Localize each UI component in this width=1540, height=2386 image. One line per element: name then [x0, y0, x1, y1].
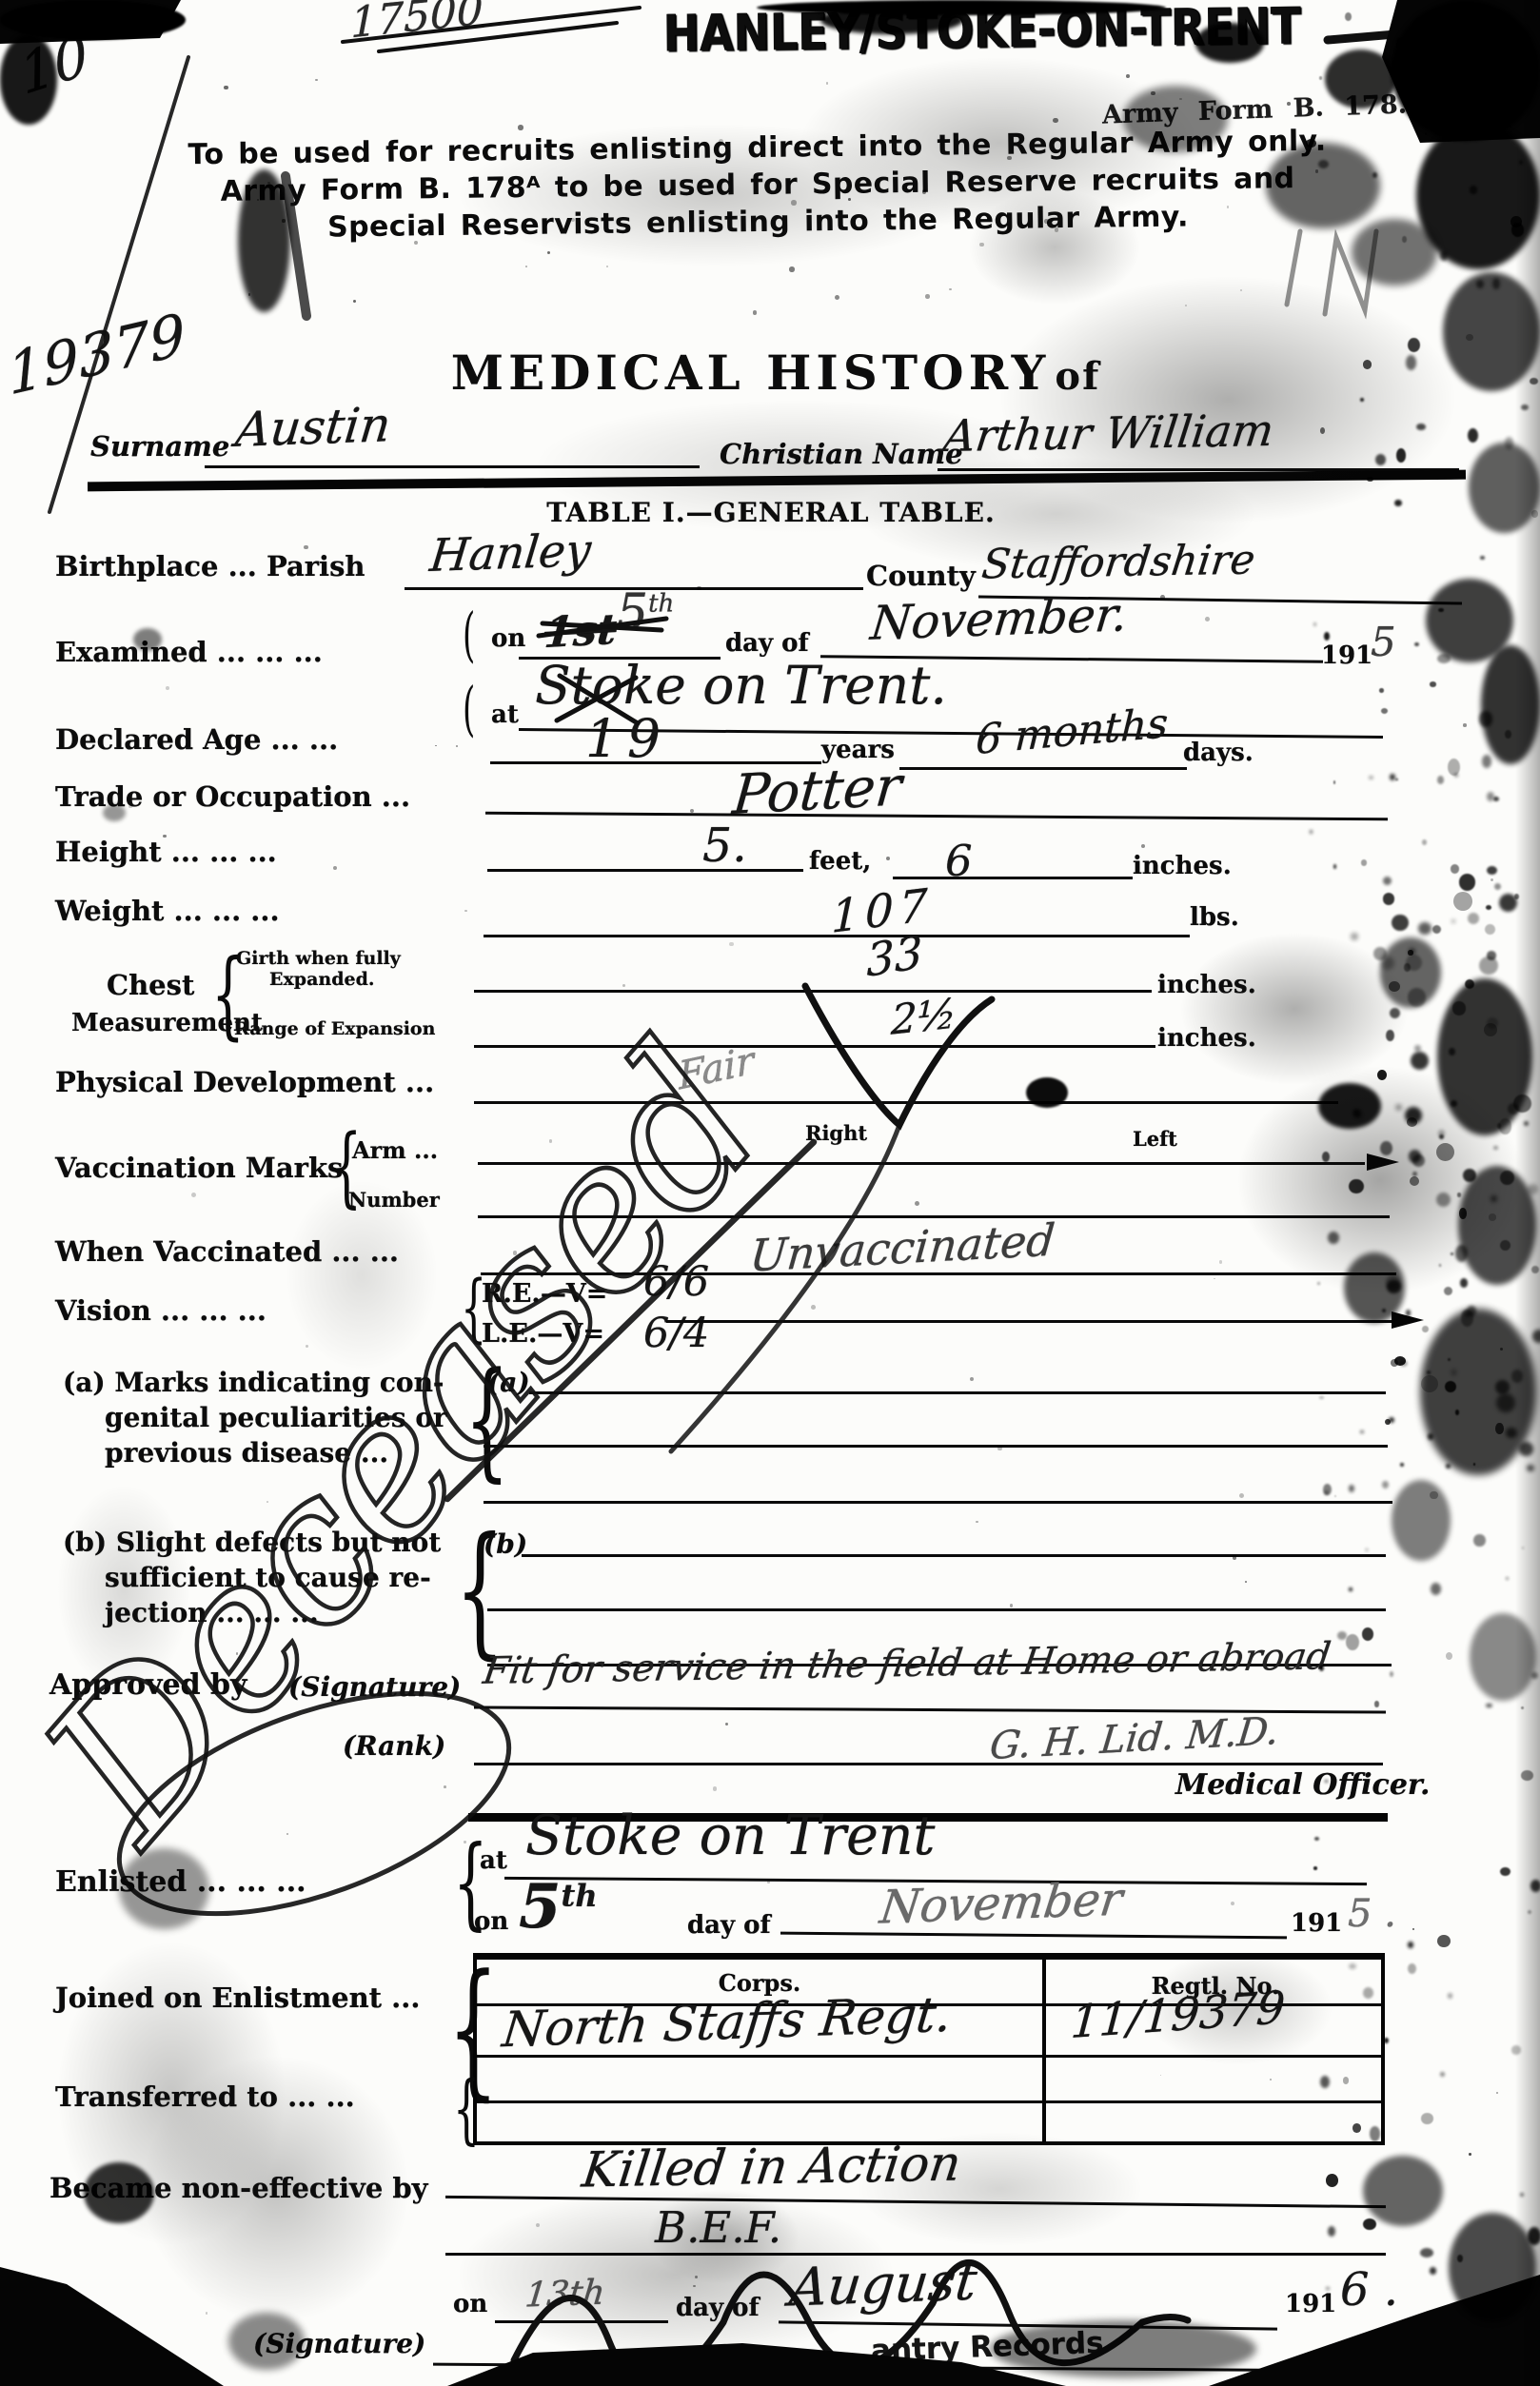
approved-remark-value: Fit for service in the field at Home or …	[481, 1635, 1333, 1693]
ink-speck	[1505, 437, 1513, 449]
ink-speck	[1420, 2248, 1433, 2258]
ink-speck	[1205, 617, 1210, 621]
ink-speck	[1325, 49, 1396, 108]
ink-speck	[1473, 1463, 1475, 1466]
ink-speck	[1231, 1902, 1234, 1905]
ink-speck	[1463, 1169, 1476, 1182]
ink-speck	[1313, 1866, 1317, 1869]
toner-smudge	[647, 2189, 800, 2284]
ink-speck	[1315, 169, 1318, 172]
ink-speck	[997, 1447, 1001, 1450]
ink-speck	[925, 294, 930, 299]
marks-a-line1: (a) Marks indicating con-	[63, 1367, 444, 1398]
ink-speck	[1010, 1604, 1014, 1607]
ink-speck	[606, 266, 608, 267]
ink-speck	[119, 1848, 209, 1929]
ink-speck	[1392, 1480, 1451, 1561]
ink-speck	[1487, 866, 1497, 875]
ink-speck	[1519, 1442, 1533, 1456]
ink-speck	[1337, 1631, 1347, 1640]
enlisted-day-suffix: th	[562, 1878, 598, 1914]
ink-speck	[306, 1345, 308, 1348]
ink-speck	[1491, 878, 1493, 881]
ink-speck	[1349, 1485, 1354, 1492]
ink-speck	[1409, 1150, 1421, 1162]
ink-speck	[820, 6, 963, 34]
ink-speck	[133, 628, 162, 651]
ink-speck	[1436, 1143, 1454, 1161]
declared-age-label: Declared Age ... ...	[55, 723, 338, 756]
corps-row-line-2	[477, 2100, 1381, 2103]
ink-speck	[1431, 1583, 1441, 1595]
ink-speck	[1394, 500, 1402, 507]
ink-speck	[789, 266, 795, 272]
ink-speck	[1239, 1493, 1244, 1498]
ink-speck	[1448, 759, 1460, 776]
ink-speck	[1437, 1935, 1451, 1948]
ink-speck	[922, 189, 927, 194]
ink-speck	[1349, 1587, 1352, 1592]
ink-speck	[1409, 948, 1415, 955]
toner-smudge	[857, 2132, 1142, 2246]
ink-speck	[1405, 1107, 1422, 1124]
ink-speck	[1505, 730, 1511, 739]
ink-speck	[1389, 981, 1400, 992]
ink-speck	[1438, 608, 1443, 612]
county-label: County	[866, 560, 976, 592]
ink-speck	[1389, 1417, 1395, 1424]
weight-unit-label: lbs.	[1190, 903, 1239, 932]
ink-speck	[725, 1723, 728, 1725]
ink-speck	[1391, 1359, 1398, 1367]
ink-speck	[1392, 915, 1408, 931]
examined-year-value: 5	[1371, 619, 1396, 665]
ink-speck	[1406, 955, 1422, 971]
ink-speck	[1491, 1195, 1497, 1202]
toner-smudge	[857, 457, 1256, 571]
ink-speck	[1465, 979, 1474, 989]
enlisted-day-of-label: day of	[687, 1911, 771, 1940]
ink-speck	[1470, 186, 1476, 194]
examined-day-of-label: day of	[725, 629, 809, 658]
ink-speck	[1380, 1141, 1392, 1155]
ink-speck	[1414, 642, 1419, 646]
ink-speck	[1345, 12, 1352, 21]
ink-speck	[1469, 443, 1540, 533]
ink-speck	[1306, 139, 1316, 148]
ink-speck	[1406, 1310, 1411, 1316]
ink-speck	[1453, 892, 1472, 911]
ink-speck	[1460, 1278, 1468, 1287]
chest-range-label: Range of Expansion	[234, 1018, 435, 1039]
declared-age-years-value: 19	[585, 708, 669, 769]
ink-speck	[970, 1377, 974, 1381]
ink-speck	[1513, 1094, 1531, 1113]
ink-speck	[353, 300, 356, 303]
chest-girth-label-line2: Expanded.	[269, 969, 375, 990]
ink-speck	[1438, 1130, 1446, 1137]
examined-day-value: 5th	[617, 584, 674, 641]
examined-label: Examined ... ... ...	[55, 636, 323, 668]
ink-speck	[103, 804, 126, 821]
ink-speck	[1495, 1380, 1510, 1394]
ink-speck	[1489, 1213, 1497, 1220]
ink-speck	[1396, 448, 1406, 463]
ink-speck	[695, 2276, 698, 2278]
ink-speck	[1382, 1481, 1389, 1489]
pen-serial-number: 17500	[350, 0, 483, 48]
ink-speck	[1469, 2153, 1471, 2156]
ink-speck	[1319, 76, 1322, 79]
ink-speck	[1499, 1118, 1511, 1134]
ink-speck	[1521, 1770, 1533, 1781]
ink-speck	[1496, 2092, 1498, 2095]
corps-header: Corps.	[477, 1969, 1042, 1997]
ink-speck	[1400, 1463, 1404, 1467]
enlisted-year-prefix: 191	[1291, 1909, 1342, 1938]
enlisted-year-value: 5 .	[1348, 1892, 1396, 1936]
chest-girth-value: 33	[866, 926, 923, 988]
ink-speck	[1310, 830, 1313, 834]
ink-speck	[1437, 654, 1450, 663]
ink-speck	[1452, 1001, 1466, 1015]
ink-speck	[1240, 289, 1242, 291]
ink-speck	[435, 745, 437, 747]
transferred-brace: {	[453, 2071, 480, 2147]
ink-speck	[1334, 1495, 1336, 1497]
ink-speck	[1323, 1484, 1332, 1495]
ink-speck	[1382, 1309, 1386, 1312]
height-inches-label: inches.	[1133, 852, 1232, 880]
ink-speck	[1386, 1275, 1401, 1291]
ink-speck	[811, 1305, 816, 1310]
non-effective-year-prefix: 191	[1285, 2290, 1336, 2318]
examined-year-prefix: 191	[1321, 641, 1372, 670]
medical-officer-label: Medical Officer.	[1175, 1768, 1430, 1802]
ink-speck	[1266, 143, 1380, 228]
enlisted-month-value: November	[878, 1872, 1126, 1934]
ink-speck	[1326, 2174, 1338, 2187]
ink-speck	[1408, 1942, 1413, 1948]
ink-speck	[915, 1201, 919, 1206]
ink-speck	[1326, 2287, 1330, 2290]
non-effective-year-value: 6 .	[1340, 2263, 1398, 2317]
ink-speck	[1314, 1837, 1319, 1841]
ink-speck	[1479, 956, 1497, 975]
ink-speck	[1430, 1491, 1437, 1500]
ink-speck	[1322, 1152, 1330, 1162]
ink-speck	[1528, 1910, 1531, 1914]
ink-speck	[1411, 1052, 1429, 1070]
ink-speck	[1492, 278, 1500, 289]
ink-speck	[513, 1251, 518, 1255]
when-vaccinated-value: Unvaccinated	[748, 1213, 1057, 1281]
ink-speck	[1377, 1070, 1387, 1080]
vision-right-eye-value: 6/6	[643, 1258, 709, 1306]
ink-speck	[1486, 1704, 1492, 1708]
ink-speck	[1333, 864, 1336, 868]
ink-speck	[835, 295, 839, 300]
ink-speck	[1531, 1266, 1539, 1273]
ink-speck	[826, 82, 829, 85]
ink-speck	[1313, 622, 1316, 626]
ink-speck	[1361, 859, 1367, 865]
ink-speck	[1320, 427, 1325, 434]
ink-speck	[1317, 1282, 1319, 1285]
ink-speck	[1528, 2227, 1540, 2245]
ink-speck	[456, 745, 458, 747]
height-feet-label: feet,	[809, 847, 871, 876]
vaccination-arm-label: Arm ...	[352, 1136, 438, 1164]
ink-speck	[1366, 1548, 1369, 1551]
ink-speck	[1395, 779, 1397, 780]
ink-speck	[1451, 1370, 1457, 1375]
ink-speck	[1451, 919, 1455, 923]
physical-development-label: Physical Development ...	[55, 1066, 434, 1098]
ink-speck	[1408, 1963, 1416, 1974]
ink-speck	[1392, 0, 1540, 141]
ink-speck	[949, 288, 951, 290]
examined-day-struck-value: 1st	[543, 605, 619, 658]
rank-signature-value: G. H. Lid. M.D.	[988, 1709, 1281, 1768]
toner-smudge	[1142, 1951, 1333, 2065]
surname-label: Surname	[90, 430, 229, 463]
ink-speck	[206, 2312, 208, 2315]
ink-speck	[128, 805, 131, 808]
declared-age-months-value: 6 months	[975, 700, 1169, 764]
ink-speck	[713, 1786, 718, 1791]
ink-speck	[1414, 1045, 1421, 1052]
ink-speck	[1482, 755, 1491, 768]
ink-speck	[1333, 780, 1336, 783]
ink-speck	[1360, 398, 1364, 402]
ink-speck	[1411, 105, 1423, 119]
ink-speck	[315, 79, 317, 81]
examined-at-paren: (	[463, 680, 475, 739]
ink-speck	[1495, 1423, 1503, 1434]
ink-speck	[414, 241, 418, 245]
enlisted-on-label: on	[474, 1907, 508, 1936]
ink-speck	[1521, 1706, 1524, 1709]
ink-speck	[1026, 1077, 1068, 1108]
ink-speck	[1352, 2123, 1361, 2133]
ink-speck	[1527, 1465, 1534, 1472]
ink-speck	[1511, 1370, 1523, 1383]
vaccination-marks-label: Vaccination Marks	[55, 1152, 343, 1184]
ink-speck	[1444, 1287, 1452, 1296]
ink-speck	[1126, 74, 1130, 78]
ink-speck	[166, 686, 169, 690]
ink-speck	[1418, 922, 1431, 935]
ink-speck	[1522, 1547, 1524, 1549]
toner-smudge	[143, 2056, 409, 2322]
ink-speck	[286, 1833, 288, 1835]
examined-month-value: November.	[868, 587, 1130, 651]
ink-speck	[1451, 864, 1459, 873]
ink-speck	[1468, 428, 1478, 443]
ink-speck	[729, 942, 734, 947]
ink-speck	[1399, 1360, 1408, 1368]
ink-speck	[1480, 556, 1484, 560]
ink-speck	[1363, 2156, 1443, 2226]
ink-speck	[1499, 894, 1517, 912]
ink-speck	[1430, 681, 1436, 687]
ink-speck	[1459, 874, 1476, 891]
surname-value: Austin	[233, 397, 393, 458]
vision-label: Vision ... ... ...	[55, 1294, 267, 1327]
ink-speck	[1446, 1464, 1451, 1469]
ink-speck	[1319, 1665, 1324, 1671]
ink-speck	[304, 545, 308, 550]
ink-speck	[1369, 776, 1373, 779]
marks-a-line2: genital peculiarities or	[105, 1402, 447, 1433]
toner-smudge	[1237, 1066, 1523, 1294]
toner-smudge	[57, 1485, 190, 1694]
ink-speck	[1233, 1555, 1237, 1560]
ink-speck	[1346, 1634, 1359, 1650]
birthplace-label: Birthplace ... Parish	[55, 550, 365, 582]
ink-speck	[282, 219, 286, 223]
ink-speck	[1363, 360, 1372, 369]
ink-speck	[1486, 905, 1491, 910]
ink-speck	[1530, 1880, 1540, 1892]
ink-speck	[1449, 2213, 1536, 2322]
ink-speck	[1328, 1232, 1339, 1245]
chest-range-value: 2½	[890, 990, 957, 1045]
ink-speck	[1379, 688, 1384, 693]
rank-label: (Rank)	[343, 1730, 445, 1762]
ink-speck	[1381, 708, 1388, 714]
ink-speck	[1395, 1104, 1402, 1111]
ink-speck	[1436, 37, 1443, 46]
birthplace-parish-value: Hanley	[427, 524, 593, 582]
ink-speck	[1493, 1146, 1497, 1150]
ink-speck	[976, 1521, 978, 1524]
ink-speck	[1428, 1433, 1434, 1440]
ink-speck	[1532, 1330, 1540, 1343]
ink-speck	[1459, 1208, 1467, 1219]
ink-speck	[1219, 1260, 1222, 1263]
medical-history-form-page: HANLEY/STOKE-ON-TRENT 17500 10 Army Form…	[0, 0, 1540, 2386]
ink-speck	[1408, 988, 1427, 1007]
ink-speck	[525, 266, 527, 267]
ink-speck	[549, 1139, 553, 1143]
ink-speck	[1362, 1627, 1374, 1641]
ink-speck	[1481, 645, 1540, 764]
ink-speck	[1414, 19, 1426, 35]
ink-speck	[0, 34, 57, 125]
examined-at-label: at	[491, 700, 519, 729]
ink-speck	[464, 910, 467, 913]
ink-speck	[1351, 933, 1358, 940]
ink-speck	[1500, 1171, 1514, 1185]
ink-speck	[1343, 2077, 1350, 2084]
examined-on-paren: (	[463, 605, 475, 664]
ink-speck	[1412, 1928, 1414, 1930]
ink-speck	[1328, 2226, 1336, 2237]
ink-speck	[1494, 883, 1501, 890]
ink-speck	[1500, 1867, 1510, 1877]
weight-label: Weight ... ... ...	[55, 895, 280, 927]
ink-speck	[1457, 1193, 1461, 1197]
ink-speck	[1468, 913, 1479, 924]
ink-speck	[236, 1652, 239, 1655]
chest-label-line1: Chest	[107, 969, 194, 1001]
ink-speck	[1357, 1114, 1362, 1118]
ink-speck	[767, 1881, 770, 1883]
ink-speck	[1055, 227, 1059, 232]
ink-speck	[238, 169, 290, 312]
vaccination-right-label: Right	[805, 1121, 867, 1145]
ink-speck	[757, 0, 1166, 15]
ink-speck	[1463, 723, 1467, 726]
vaccination-left-label: Left	[1133, 1127, 1177, 1151]
ink-speck	[791, 200, 797, 206]
ink-speck	[1384, 2038, 1388, 2043]
ink-speck	[1151, 91, 1155, 95]
ink-speck	[1500, 1348, 1503, 1351]
vision-left-eye-value: 6/4	[643, 1310, 709, 1357]
enlisted-day-value: 5th	[519, 1871, 598, 1942]
examined-day-number: 5	[617, 584, 648, 641]
ink-speck	[1448, 1993, 1452, 1999]
ink-speck	[1524, 1121, 1529, 1126]
ink-speck	[1195, 23, 1264, 63]
ink-speck	[518, 125, 523, 130]
ink-speck	[1486, 34, 1495, 48]
declared-age-days-label: days.	[1183, 739, 1254, 767]
ink-speck	[1531, 510, 1538, 517]
vision-right-eye-label: R.E.—V=	[482, 1279, 607, 1309]
ink-speck	[1214, 1278, 1215, 1280]
height-feet-value: 5.	[702, 818, 747, 873]
ink-speck	[1440, 251, 1448, 261]
ink-speck	[1319, 1396, 1324, 1400]
ink-speck	[1179, 98, 1181, 100]
ink-speck	[1421, 2113, 1433, 2123]
ink-speck	[1160, 595, 1165, 600]
ink-speck	[1457, 2255, 1463, 2263]
ink-speck	[1349, 1179, 1363, 1193]
ink-speck	[1473, 1534, 1485, 1548]
ink-speck	[1245, 1581, 1247, 1583]
ink-speck	[224, 86, 227, 89]
ink-speck	[1400, 49, 1407, 56]
ink-speck	[1511, 223, 1524, 236]
ink-speck	[1530, 378, 1538, 385]
ink-speck	[547, 251, 550, 254]
ink-speck	[1363, 1987, 1373, 1999]
ink-speck	[333, 866, 337, 870]
ink-speck	[1496, 1393, 1515, 1412]
ink-speck	[1455, 1245, 1468, 1262]
ink-speck	[979, 243, 983, 246]
ink-speck	[1390, 1671, 1393, 1677]
ink-speck	[191, 1193, 196, 1197]
ink-speck	[1416, 424, 1425, 430]
ink-speck	[1386, 1030, 1394, 1042]
height-label: Height ... ... ...	[55, 836, 277, 868]
ink-speck	[1443, 272, 1540, 391]
ink-speck	[1432, 925, 1441, 934]
ink-speck	[1470, 1613, 1536, 1701]
ink-speck	[315, 961, 317, 963]
ink-speck	[697, 586, 701, 590]
ink-speck	[1446, 1652, 1452, 1660]
ink-speck	[1422, 1326, 1429, 1332]
ink-speck	[464, 1841, 465, 1843]
ink-speck	[1408, 338, 1420, 352]
